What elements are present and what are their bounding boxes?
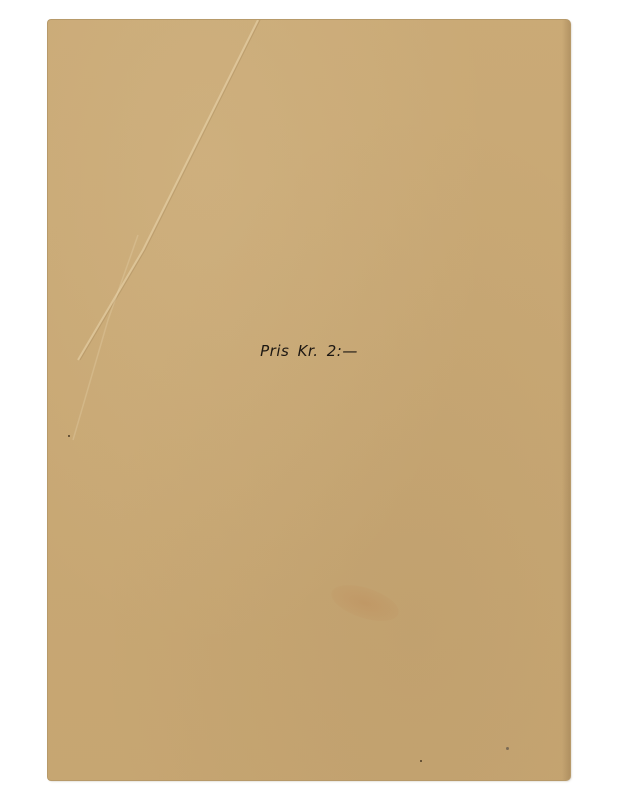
scan-background: Pris Kr. 2:— xyxy=(0,0,618,800)
paper-speck xyxy=(68,435,70,437)
back-cover-page: Pris Kr. 2:— xyxy=(48,20,570,780)
paper-speck xyxy=(506,747,509,750)
price-label: Pris Kr. 2:— xyxy=(48,342,570,360)
paper-crease xyxy=(48,20,570,780)
page-edge-shadow xyxy=(562,20,570,780)
paper-stain xyxy=(327,578,403,628)
paper-speck xyxy=(420,760,422,762)
